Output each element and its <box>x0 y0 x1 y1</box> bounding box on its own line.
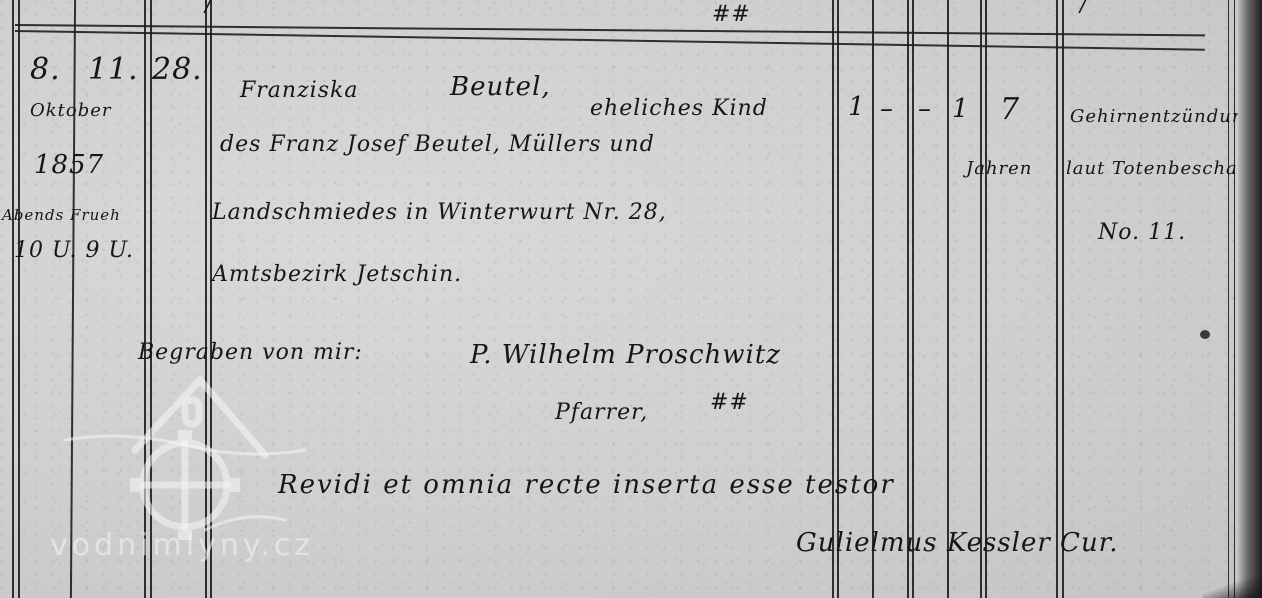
age-value: 7 <box>1000 92 1020 127</box>
ink-stain <box>1200 330 1210 339</box>
ruled-line <box>12 0 14 598</box>
ruled-line <box>18 0 20 598</box>
tally-catholic: – <box>918 94 932 124</box>
ruled-line <box>837 0 839 598</box>
ruled-line <box>210 0 212 598</box>
deceased-surname: Beutel, <box>450 72 551 102</box>
ruled-line <box>1234 0 1235 598</box>
death-day: 8. <box>30 52 61 87</box>
age-unit: Jahren <box>966 158 1032 179</box>
ruled-line <box>985 0 987 598</box>
burial-day: 11. <box>88 52 139 87</box>
watermark-text: vodnimlyny.cz <box>50 528 314 563</box>
previous-entry-fragment: / <box>205 0 213 17</box>
ruled-line <box>1062 0 1064 598</box>
inspection-note: laut Totenbeschau <box>1066 158 1250 179</box>
tally-female: – <box>880 94 894 124</box>
register-page: / ## / 8. 11. 28. Oktober 1857 Abends Fr… <box>0 0 1262 598</box>
time-value: 10 U. 9 U. <box>14 238 134 263</box>
month: Oktober <box>30 100 112 121</box>
description-line: Landschmiedes in Winterwurt Nr. 28, <box>212 200 667 225</box>
paper-texture <box>0 0 1262 598</box>
ruled-line <box>872 0 874 598</box>
book-edge-shadow <box>1238 0 1262 598</box>
ruled-line <box>70 0 76 598</box>
flourish-mark: ## <box>710 390 749 415</box>
description-line: Amtsbezirk Jetschin. <box>212 262 462 287</box>
ruled-line <box>144 0 146 598</box>
previous-entry-fragment: ## <box>712 2 751 27</box>
ruled-line <box>1056 0 1058 598</box>
tally-male: 1 <box>848 92 866 122</box>
buried-by-label: Begraben von mir: <box>138 340 363 365</box>
revision-note: Revidi et omnia recte inserta esse testo… <box>278 470 895 500</box>
description-line: des Franz Josef Beutel, Müllers und <box>220 132 655 157</box>
deceased-first-name: Franziska <box>240 78 358 103</box>
ruled-line <box>205 0 207 598</box>
priest-name: P. Wilhelm Proschwitz <box>470 340 781 370</box>
ruled-line <box>832 0 834 598</box>
priest-title: Pfarrer, <box>555 400 648 425</box>
cause-of-death: Gehirnentzündung <box>1070 106 1257 127</box>
house-number: 28. <box>152 52 203 87</box>
deceased-status: eheliches Kind <box>590 96 768 121</box>
inspection-number: No. 11. <box>1098 220 1186 245</box>
ruled-line <box>1228 0 1229 598</box>
ruled-line <box>907 0 909 598</box>
ruled-line <box>150 0 152 598</box>
year: 1857 <box>34 150 104 180</box>
ruled-line <box>947 0 949 598</box>
book-corner-shadow <box>1202 576 1262 598</box>
curate-signature: Gulielmus Kessler Cur. <box>796 528 1119 558</box>
tally-child: 1 <box>952 94 970 124</box>
ruled-line <box>980 0 982 598</box>
ruled-line <box>912 0 914 598</box>
previous-entry-fragment: / <box>1080 0 1088 17</box>
time-label: Abends Frueh <box>2 206 121 224</box>
